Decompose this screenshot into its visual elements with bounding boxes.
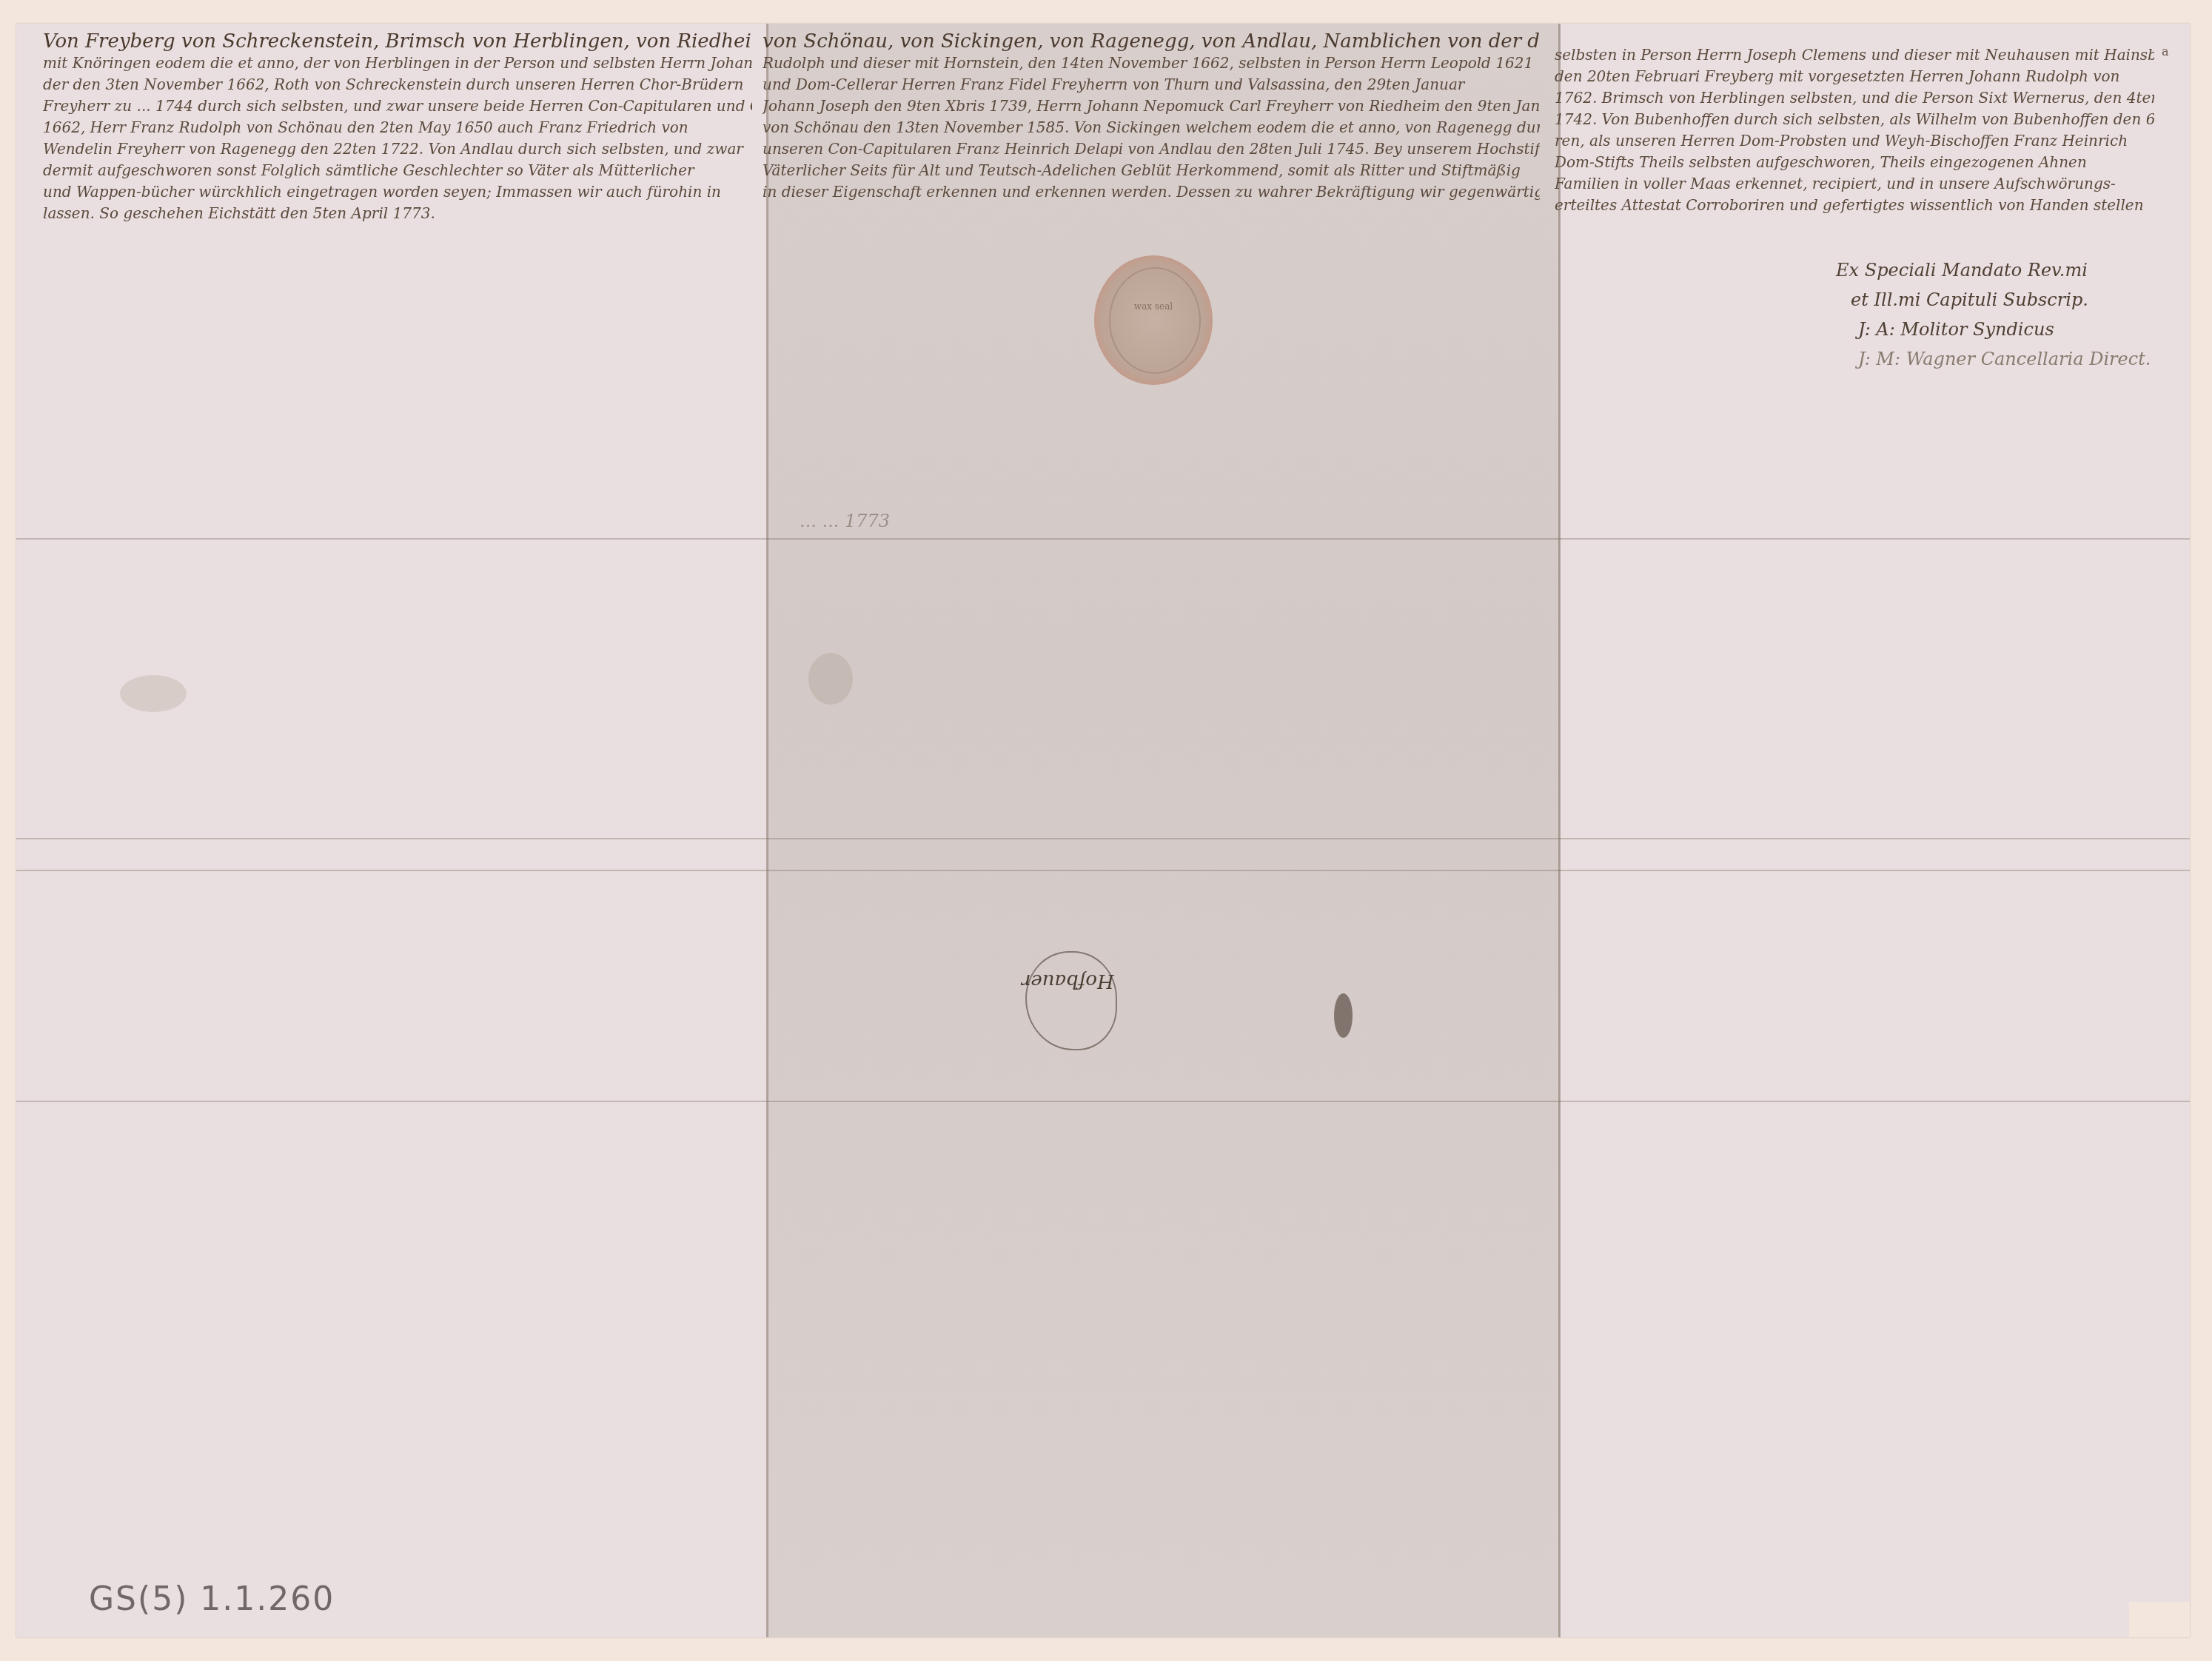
signature-mandate-line: Ex Speciali Mandato Rev.mi bbox=[1836, 255, 2147, 285]
text-line: Freyherr zu ... 1744 durch sich selbsten… bbox=[43, 95, 752, 117]
text-line: Väterlicher Seits für Alt und Teutsch-Ad… bbox=[763, 160, 1540, 181]
text-column-center: von Schönau, von Sickingen, von Ragenegg… bbox=[763, 31, 1540, 203]
signature-syndicus: J: A: Molitor Syndicus bbox=[1836, 315, 2147, 344]
faint-fold-note: ... ... 1773 bbox=[800, 511, 890, 531]
text-line: erteiltes Attestat Corroboriren und gefe… bbox=[1555, 195, 2154, 216]
text-line: 1762. Brimsch von Herblingen selbsten, u… bbox=[1555, 87, 2154, 109]
text-line: unseren Con-Capitularen Franz Heinrich D… bbox=[763, 138, 1540, 160]
text-line: ren, als unseren Herren Dom-Probsten und… bbox=[1555, 130, 2154, 152]
text-line: Rudolph und dieser mit Hornstein, den 14… bbox=[763, 53, 1540, 74]
seal-label: wax seal bbox=[1094, 301, 1213, 312]
signature-chancery-director: J: M: Wagner Cancellaria Direct. bbox=[1836, 344, 2147, 374]
text-column-right: selbsten in Person Herrn Joseph Clemens … bbox=[1555, 31, 2154, 216]
text-line: selbsten in Person Herrn Joseph Clemens … bbox=[1555, 44, 2154, 66]
fold-line-horizontal-4 bbox=[16, 1101, 2190, 1102]
archive-reference-mark: GS(5) 1.1.260 bbox=[89, 1580, 335, 1618]
text-line: Dom-Stifts Theils selbsten aufgeschworen… bbox=[1555, 152, 2154, 173]
text-column-left: Von Freyberg von Schreckenstein, Brimsch… bbox=[43, 31, 752, 224]
ink-blot bbox=[1334, 993, 1353, 1038]
torn-corner bbox=[2129, 1602, 2190, 1637]
stain bbox=[808, 653, 853, 705]
seal-impression-icon bbox=[1109, 267, 1201, 374]
text-line: Wendelin Freyherr von Ragenegg den 22ten… bbox=[43, 138, 752, 160]
signature-chapter-line: et Ill.mi Capituli Subscrip. bbox=[1836, 285, 2147, 315]
text-line-dated-closing: lassen. So geschehen Eichstätt den 5ten … bbox=[43, 203, 752, 224]
text-line: in dieser Eigenschaft erkennen und erken… bbox=[763, 181, 1540, 203]
fold-line-vertical-right bbox=[1558, 24, 1561, 1637]
inverted-endorsement-signature: Hofbauer bbox=[1022, 970, 1114, 992]
text-line: den 20ten Februari Freyberg mit vorgeset… bbox=[1555, 66, 2154, 87]
text-line: der den 3ten November 1662, Roth von Sch… bbox=[43, 74, 752, 95]
text-line: und Dom-Cellerar Herren Franz Fidel Frey… bbox=[763, 74, 1540, 95]
fold-line-horizontal-2 bbox=[16, 838, 2190, 839]
fold-line-vertical-left bbox=[766, 24, 768, 1637]
fold-line-horizontal-3 bbox=[16, 870, 2190, 871]
text-line: Johann Joseph den 9ten Xbris 1739, Herrn… bbox=[763, 95, 1540, 117]
corner-mark: a bbox=[2162, 44, 2169, 58]
text-line: 1662, Herr Franz Rudolph von Schönau den… bbox=[43, 117, 752, 138]
text-line: von Schönau, von Sickingen, von Ragenegg… bbox=[763, 31, 1540, 53]
endorsement-flourish-icon bbox=[1025, 951, 1117, 1050]
text-line: dermit aufgeschworen sonst Folglich sämt… bbox=[43, 160, 752, 181]
text-line: mit Knöringen eodem die et anno, der von… bbox=[43, 53, 752, 74]
fold-line-horizontal-1 bbox=[16, 538, 2190, 540]
text-line: Familien in voller Maas erkennet, recipi… bbox=[1555, 173, 2154, 195]
text-line: 1742. Von Bubenhoffen durch sich selbste… bbox=[1555, 109, 2154, 130]
text-line: und Wappen-bücher würckhlich eingetragen… bbox=[43, 181, 752, 203]
text-line: von Schönau den 13ten November 1585. Von… bbox=[763, 117, 1540, 138]
wax-seal: wax seal bbox=[1094, 255, 1213, 385]
stain bbox=[120, 675, 187, 712]
signature-block: Ex Speciali Mandato Rev.mi et Ill.mi Cap… bbox=[1836, 255, 2147, 374]
text-line: Von Freyberg von Schreckenstein, Brimsch… bbox=[43, 31, 752, 53]
